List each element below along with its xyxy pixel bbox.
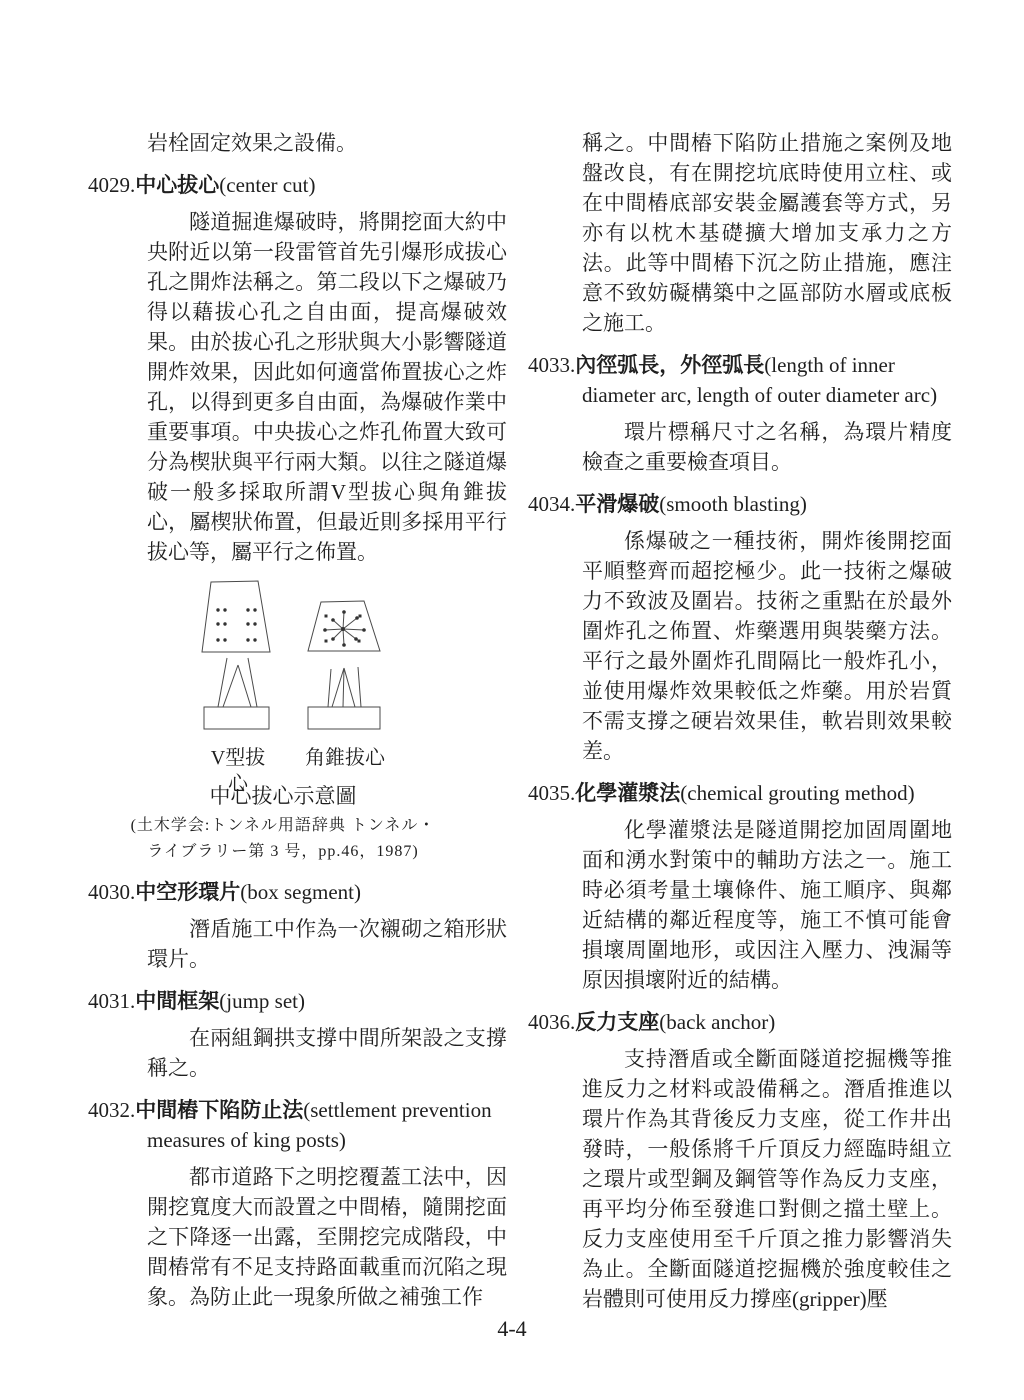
entry-4032: 4032.中間樁下陷防止法(settlement prevention meas… [88,1095,507,1312]
center-cut-figure: V型拔心 角錐拔心 [88,577,507,777]
figure-caption-block: 中心拔心示意圖 (土木学会:トンネル用語辞典 トンネル・ ライブラリー第 3 号… [88,783,478,865]
figure-source-line2: ライブラリー第 3 号，pp.46，1987) [88,839,478,865]
entry-number: 4032. [88,1098,135,1122]
entry-heading: 4034.平滑爆破(smooth blasting) [528,489,952,519]
entry-4029: 4029.中心拔心(center cut) 隧道掘進爆破時，將開挖面大約中央附近… [88,170,507,567]
entry-heading: 4030.中空形環片(box segment) [88,877,507,907]
entry-number: 4033. [528,353,575,377]
entry-4036: 4036.反力支座(back anchor) 支持潛盾或全斷面隧道挖掘機等推進反… [528,1007,952,1314]
entry-term: 平滑爆破 [575,492,659,516]
entry-heading: 4031.中間框架(jump set) [88,986,507,1016]
entry-english: (center cut) [219,173,315,197]
entry-number: 4029. [88,173,135,197]
entry-number: 4036. [528,1010,575,1034]
entry-english: (box segment) [240,880,361,904]
entry-term: 內徑弧長，外徑弧長 [575,353,764,377]
entry-4033: 4033.內徑弧長，外徑弧長(length of inner diameter … [528,350,952,477]
entry-number: 4035. [528,781,575,805]
document-page: 岩栓固定效果之設備。 4029.中心拔心(center cut) 隧道掘進爆破時… [0,0,1024,1400]
entry-4034: 4034.平滑爆破(smooth blasting) 係爆破之一種技術，開炸後開… [528,489,952,766]
entry-number: 4030. [88,880,135,904]
figure-label-cone-cut: 角錐拔心 [305,745,385,771]
entry-english: (jump set) [219,989,305,1013]
entry-body: 都市道路下之明挖覆蓋工法中，因開挖寬度大而設置之中間樁，隨開挖面之下降逐一出露，… [147,1162,507,1312]
entry-heading: 4035.化學灌漿法(chemical grouting method) [528,778,952,808]
cone-cut-face-view [308,601,380,651]
entry-body: 支持潛盾或全斷面隧道挖掘機等推進反力之材料或設備稱之。潛盾推進以環片作為其背後反… [582,1044,952,1314]
continuation-paragraph: 稱之。中間樁下陷防止措施之案例及地盤改良，有在開挖坑底時使用立柱、或在中間樁底部… [582,128,952,338]
center-cut-diagram [88,577,398,737]
entry-4035: 4035.化學灌漿法(chemical grouting method) 化學灌… [528,778,952,995]
entry-english: (back anchor) [659,1010,775,1034]
figure-source-line1: (土木学会:トンネル用語辞典 トンネル・ [88,813,478,839]
figure-caption: 中心拔心示意圖 [88,783,478,809]
continuation-line: 岩栓固定效果之設備。 [147,128,507,158]
entry-body: 係爆破之一種技術，開炸後開挖面平順整齊而超挖極少。此一技術之爆破力不致波及圍岩。… [582,526,952,766]
entry-heading: 4029.中心拔心(center cut) [88,170,507,200]
entry-heading: 4036.反力支座(back anchor) [528,1007,952,1037]
entry-4031: 4031.中間框架(jump set) 在兩組鋼拱支撐中間所架設之支撐稱之。 [88,986,507,1083]
entry-heading: 4033.內徑弧長，外徑弧長(length of inner diameter … [528,350,952,410]
entry-body: 在兩組鋼拱支撐中間所架設之支撐稱之。 [147,1023,507,1083]
page-number: 4-4 [0,1316,1024,1342]
entry-term: 反力支座 [575,1010,659,1034]
entry-number: 4031. [88,989,135,1013]
entry-heading: 4032.中間樁下陷防止法(settlement prevention meas… [88,1095,507,1155]
column-right: 稱之。中間樁下陷防止措施之案例及地盤改良，有在開挖坑底時使用立柱、或在中間樁底部… [528,120,952,1314]
entry-term: 中心拔心 [135,173,219,197]
entry-body: 潛盾施工中作為一次襯砌之箱形狀環片。 [147,914,507,974]
entry-english: (smooth blasting) [659,492,807,516]
entry-4030: 4030.中空形環片(box segment) 潛盾施工中作為一次襯砌之箱形狀環… [88,877,507,974]
entry-term: 中空形環片 [135,880,240,904]
v-cut-plan-view [204,658,269,729]
entry-body: 化學灌漿法是隧道開挖加固周圍地面和湧水對策中的輔助方法之一。施工時必須考量土壤條… [582,815,952,995]
entry-number: 4034. [528,492,575,516]
entry-english: (chemical grouting method) [680,781,914,805]
cone-cut-plan-view [308,667,380,729]
entry-body: 隧道掘進爆破時，將開挖面大約中央附近以第一段雷管首先引爆形成拔心孔之開炸法稱之。… [147,207,507,567]
column-left: 岩栓固定效果之設備。 4029.中心拔心(center cut) 隧道掘進爆破時… [88,120,507,1312]
cone-cut-holes [323,610,366,647]
v-cut-face-view [202,581,270,652]
figure-label-v-cut: V型拔心 [203,745,273,797]
v-cut-holes [216,608,256,641]
entry-term: 化學灌漿法 [575,781,680,805]
entry-body: 環片標稱尺寸之名稱，為環片精度檢查之重要檢查項目。 [582,417,952,477]
entry-term: 中間框架 [135,989,219,1013]
entry-term: 中間樁下陷防止法 [135,1098,303,1122]
